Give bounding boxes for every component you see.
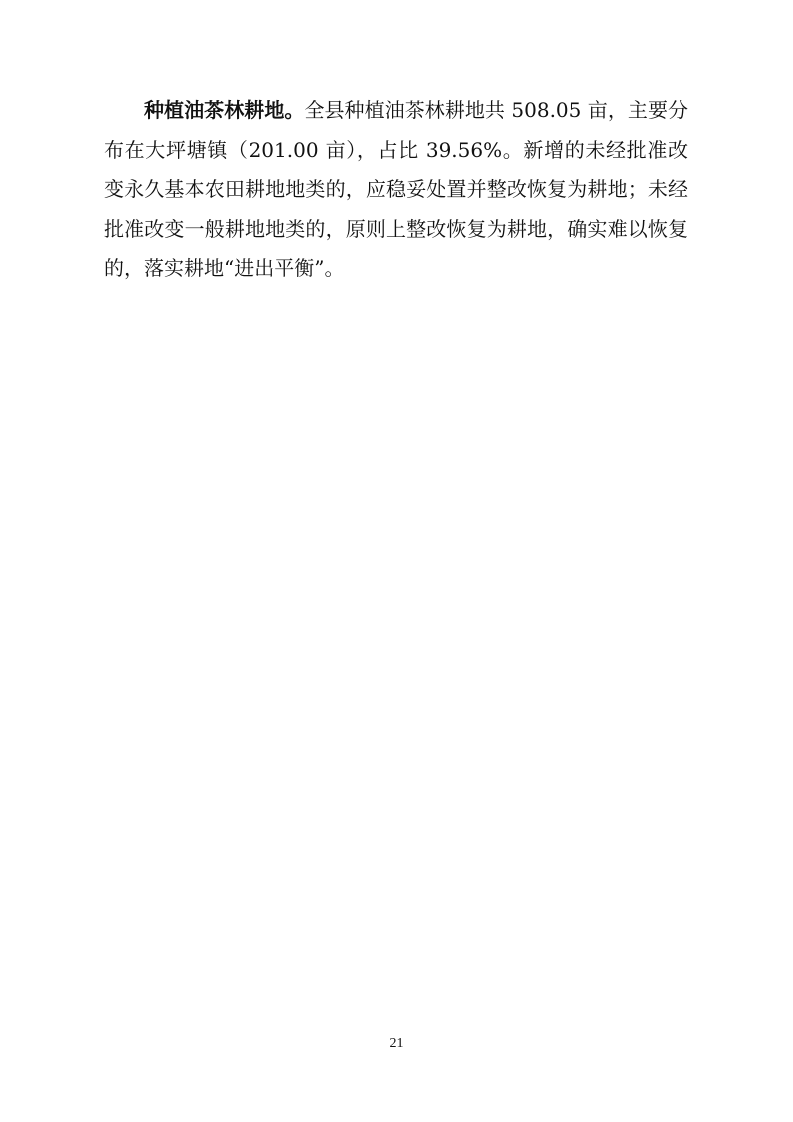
page-number: 21 bbox=[0, 1036, 793, 1052]
paragraph-lead-heading: 种植油茶林耕地。 bbox=[144, 98, 304, 122]
paragraph-body-text: 全县种植油茶林耕地共 508.05 亩，主要分布在大坪塘镇（201.00 亩），… bbox=[104, 98, 688, 280]
body-paragraph: 种植油茶林耕地。全县种植油茶林耕地共 508.05 亩，主要分布在大坪塘镇（20… bbox=[104, 91, 688, 289]
document-page: 种植油茶林耕地。全县种植油茶林耕地共 508.05 亩，主要分布在大坪塘镇（20… bbox=[0, 0, 793, 1122]
